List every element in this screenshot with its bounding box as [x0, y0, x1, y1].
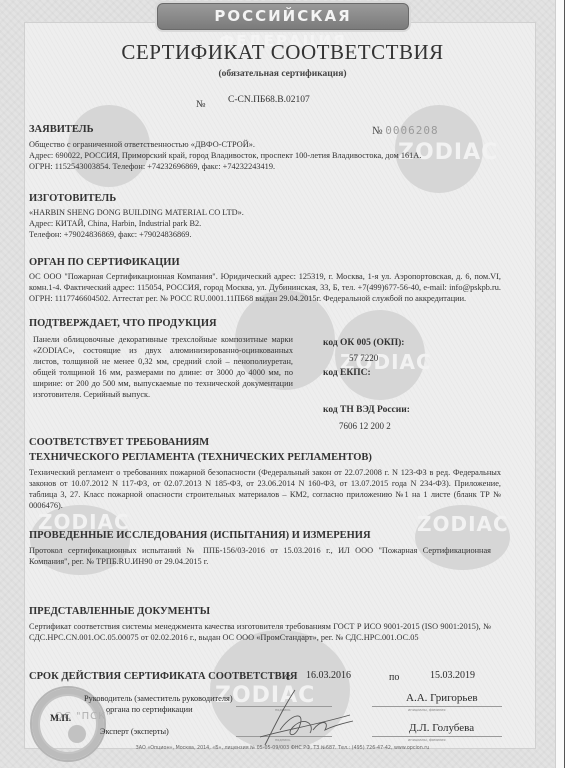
document-subtitle: (обязательная сертификация)	[0, 69, 565, 79]
head-signatory-label: Руководитель (заместитель руководителя)	[84, 694, 233, 703]
document-title: СЕРТИФИКАТ СООТВЕТСТВИЯ	[0, 40, 565, 65]
manufacturer-contacts: Телефон: +79024836869, факс: +7902483686…	[29, 229, 509, 240]
validity-heading: СРОК ДЕЙСТВИЯ СЕРТИФИКАТА СООТВЕТСТВИЯ	[29, 671, 297, 682]
head-name-line	[372, 706, 502, 707]
documents-text: Сертификат соответствия системы менеджме…	[29, 621, 491, 643]
validity-to-date: 15.03.2019	[430, 670, 475, 681]
expert-name-line	[372, 736, 502, 737]
country-banner: РОССИЙСКАЯ ФЕДЕРАЦИЯ	[157, 3, 409, 30]
manufacturer-details: «HARBIN SHENG DONG BUILDING MATERIAL CO …	[29, 207, 509, 240]
certificate-number-sign: №	[196, 99, 206, 110]
product-heading: ПОДТВЕРЖДАЕТ, ЧТО ПРОДУКЦИЯ	[29, 318, 217, 329]
applicant-name: Общество с ограниченной ответственностью…	[29, 139, 509, 150]
blank-number: № 0006208	[372, 124, 439, 137]
tests-text: Протокол сертификационных испытаний № ПП…	[29, 545, 491, 567]
validity-from-date: 16.03.2016	[306, 670, 351, 681]
expert-label: Эксперт (эксперты)	[100, 727, 169, 736]
head-name-caption: инициалы, фамилия	[408, 708, 446, 712]
head-signatory-name: А.А. Григорьев	[406, 692, 478, 704]
tests-heading: ПРОВЕДЕННЫЕ ИССЛЕДОВАНИЯ (ИСПЫТАНИЯ) И И…	[29, 530, 371, 541]
applicant-heading: ЗАЯВИТЕЛЬ	[29, 124, 94, 135]
documents-heading: ПРЕДСТАВЛЕННЫЕ ДОКУМЕНТЫ	[29, 606, 210, 617]
manufacturer-heading: ИЗГОТОВИТЕЛЬ	[29, 193, 116, 204]
certification-body-heading: ОРГАН ПО СЕРТИФИКАЦИИ	[29, 257, 180, 268]
applicant-contacts: ОГРН: 1152543003854. Телефон: +742326968…	[29, 161, 509, 172]
certification-body-text: ОС ООО "Пожарная Сертификационная Компан…	[29, 271, 501, 304]
seal-stamp-logo-icon	[68, 725, 86, 743]
manufacturer-name: «HARBIN SHENG DONG BUILDING MATERIAL CO …	[29, 207, 509, 218]
applicant-address: Адрес: 690022, РОССИЯ, Приморский край, …	[29, 150, 509, 161]
validity-from-label: с	[286, 672, 290, 683]
manufacturer-address: Адрес: КИТАЙ, China, Harbin, Industrial …	[29, 218, 509, 229]
tnved-code-label: код ТН ВЭД России:	[323, 405, 410, 415]
requirements-heading-1: СООТВЕТСТВУЕТ ТРЕБОВАНИЯМ	[29, 437, 209, 448]
expert-name: Д.Л. Голубева	[409, 722, 474, 734]
page-edge	[555, 0, 565, 768]
tnved-code-value: 7606 12 200 2	[339, 421, 391, 431]
requirements-heading-2: ТЕХНИЧЕСКОГО РЕГЛАМЕНТА (ТЕХНИЧЕСКИХ РЕГ…	[29, 452, 372, 463]
okp-code-label: код ОК 005 (ОКП):	[323, 338, 404, 348]
watermark-logo: ZODIAC	[417, 512, 509, 536]
requirements-text: Технический регламент о требованиях пожа…	[29, 467, 501, 511]
validity-to-label: по	[389, 672, 399, 683]
blank-number-sign: №	[372, 125, 383, 137]
printer-imprint: ЗАО «Опцион», Москва, 2014, «Б», лицензи…	[0, 746, 565, 751]
handwritten-signature	[245, 685, 355, 750]
blank-number-digits: 0006208	[385, 124, 438, 137]
okp-code-value: 57 7220	[349, 353, 378, 363]
seal-place-label: М.П.	[50, 714, 71, 724]
certificate-number: С-CN.ПБ68.В.02107	[228, 95, 310, 105]
expert-name-caption: инициалы, фамилия	[408, 738, 446, 742]
head-signatory-label-2: органа по сертификации	[106, 705, 193, 714]
ekps-code-label: код ЕКПС:	[323, 368, 371, 378]
applicant-details: Общество с ограниченной ответственностью…	[29, 139, 509, 172]
product-description: Панели облицовочные декоративные трехсло…	[33, 334, 293, 400]
